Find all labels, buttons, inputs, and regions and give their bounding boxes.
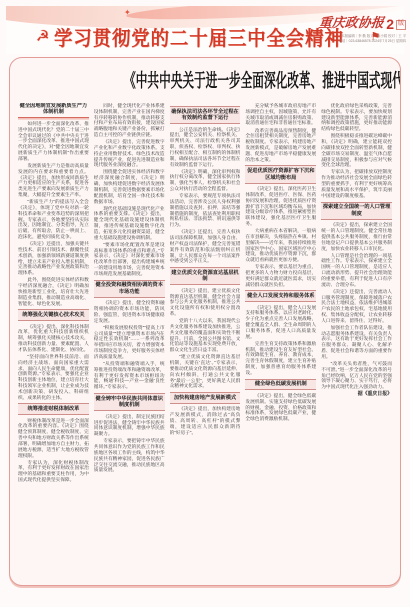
section-subheading: 促进优质医疗资源扩容下沉和区域均衡布局: [245, 165, 316, 183]
body-paragraph: “新质生产力”的提法写入全会《决定》，体现了党中央对新一轮科技革命和产业变革趋势…: [18, 199, 89, 240]
party-emblem-icon: ☭: [36, 29, 49, 44]
body-paragraph: 大病重病在本省解决，一般病在市县解决，头疼脑热在乡镇、村里解决——近年来，我国持…: [245, 228, 316, 263]
source-credit: 据《重庆日报》: [321, 392, 392, 398]
section-subheading: 健全铸牢中华民族共同体意识制度机制: [94, 393, 165, 411]
body-paragraph: 专家表示，要把铸牢中华民族共同体意识作为党的民族工作和民族地区各项工作的主线，构…: [94, 438, 165, 473]
body-paragraph: 《决定》提出，探索建立全国统一的人口管理制度。健全常住地提供基本公共服务制度，推…: [321, 222, 392, 251]
body-paragraph: “从投资端和融资端入手，统筹推进投资端改革和融资端改革，有利于更好发挥资本市场枢…: [94, 361, 165, 390]
section-subheading: 建立优质文化资源直达基层机制: [170, 267, 241, 285]
body-paragraph: 专家认为，深化财税体制改革，有利于更好发挥财政在国家治理中的基础和重要支柱作用，…: [18, 460, 89, 483]
body-paragraph: 《决定》还提出，加强关键共性技术、前沿引领技术、颠覆性技术创新，加强新领域新赛道…: [18, 241, 89, 276]
edition-number: 2: [386, 17, 394, 31]
body-paragraph: 《决定》提出，建立优质文化资源直达基层机制，健全社会力量参与公共文化服务机制，推…: [170, 288, 241, 317]
star-icon: ✦: [124, 8, 131, 17]
article-column: 同时，健全现代化产业体系建设体制机制，完善产业在国内梯度有序转移的协作机制，推动…: [94, 103, 165, 565]
article-column: 优化政府绿色采购政策，完善绿色税制。专家表示，要加快规划建设新型能源体系，完善新…: [321, 103, 392, 565]
body-paragraph: 完善生育支持政策体系和激励机制，推动建设生育友好型社会。有效降低生育、养育、教育…: [245, 341, 316, 376]
section-subheading: 健全人口发展支持和服务体系: [245, 290, 316, 302]
paper-name: 重庆政协报: [318, 12, 385, 31]
body-paragraph: 《决定》还提出，完善人权执法司法保障机制，加强人身自由、财产权益司法保护，健全完…: [170, 229, 241, 264]
body-paragraph: 现代化基础设施是现代化产业体系的重要支撑。《决定》提出，健全现代化基础设施建设体…: [94, 206, 165, 241]
edition-label: 版: [396, 20, 406, 30]
section-subheading: 健全投资和融资相协调的资本市场功能: [94, 280, 165, 298]
body-paragraph: 财税体制改革是进一步全面深化改革的重要内容。《决定》围绕健全预算制度、健全税收制…: [18, 418, 89, 459]
body-paragraph: “积极发展股权投资”“提高上市公司质量”“建立增强资本市场内在稳定性长效机制”……: [94, 325, 165, 360]
body-paragraph: 此外，围绕促进实体经济和数字经济深度融合，《决定》明确加快推进新型工业化，培育壮…: [18, 277, 89, 306]
section-subheading: 探索建立全国统一的人口管理制度: [321, 202, 392, 220]
body-paragraph: 《决定》提出，完善促进数字产业化和产业数字化政策体系。支持企业用数智技术、绿色技…: [94, 139, 165, 168]
body-paragraph: 围绕健全促进实体经济和数字经济深度融合制度，《决定》明确，加快构建促进数字经济发…: [94, 169, 165, 204]
article-column: 充分赋予各城市政府房地产市场调控自主权，因城施策，允许有关城市取消或调减住房限购…: [245, 103, 316, 565]
body-paragraph: 发展新质生产力是推动高质量发展的内在要求和重要着力点。《决定》提出，加快形成同新…: [18, 163, 89, 198]
article-column: 健全因地制宜发展新质生产力体制机制如何进一步全面深化改革、推进中国式现代化？党的…: [18, 103, 89, 565]
body-paragraph: “建立优质文化资源直达基层机制，关键在‘直达’。”专家表示，要推动优质文化资源向…: [170, 354, 241, 389]
body-paragraph: 公正是法治的生命线。《决定》提出，健全公安机关、检察机关、审判机关、司法行政机关…: [170, 127, 241, 168]
body-paragraph: 专家表示，要以基层为重点，把更多的人力物力财力投向基层，更好满足群众就近就医需求…: [245, 264, 316, 287]
body-paragraph: 《决定》明确，深化审判权和执行权分离改革，健全国家执行体制，强化当事人、检察机关…: [170, 169, 241, 192]
section-subheading: 统筹强化关键核心技术攻关: [18, 309, 89, 321]
body-paragraph: 党的十八大以来，我国现代公共文化服务体系建设加快推进，公共文化服务的覆盖面和实效…: [170, 318, 241, 353]
article-columns: 健全因地制宜发展新质生产力体制机制如何进一步全面深化改革、推进中国式现代化？党的…: [18, 103, 392, 565]
body-paragraph: 《决定》提出，深化科技体制改革，优化重大科技创新组织机制，统筹强化关键核心技术攻…: [18, 324, 89, 353]
body-paragraph: 如何进一步全面深化改革、推进中国式现代化？党的二十届三中全会审议通过的《中共中央…: [18, 121, 89, 162]
body-paragraph: 同时，健全现代化产业体系建设体制机制，完善产业在国内梯度有序转移的协作机制，推动…: [94, 103, 165, 138]
body-paragraph: 《决定》提出，健全投资和融资相协调的资本市场功能，防风险、强监管，促进资本市场健…: [94, 300, 165, 323]
main-headline: 《中共中央关于进一步全面深化改革、推进中国式现代化的决定》解读: [124, 67, 401, 93]
body-paragraph: 围绕积极稳妥推进碳达峰碳中和，《决定》明确，建立能耗双控向碳排放双控全面转型新机…: [321, 133, 392, 168]
body-paragraph: 专家表示，要规范专项执法司法活动，完善涉及公民人身权利强制措施以及查封、扣押、冻…: [170, 193, 241, 228]
newspaper-page: { "banner": { "slogan": "学习贯彻党的二十届三中全会精神…: [0, 0, 410, 607]
section-subheading: 健全绿色低碳发展机制: [245, 379, 316, 391]
section-subheading: 健全因地制宜发展新质生产力体制机制: [18, 103, 89, 118]
section-subheading: 确保执法司法各环节全过程在有效制约监督下运行: [170, 106, 241, 124]
body-paragraph: “坚持面向世界科技前沿、面向经济主战场、面向国家重大需求、面向人民生命健康，优化…: [18, 354, 89, 401]
body-paragraph: 《决定》提出，制定民族团结进步促进法，健全铸牢中华民族共同体意识制度机制，增强中…: [94, 414, 165, 437]
article-box: 《中共中央关于进一步全面深化改革、推进中国式现代化的决定》解读 健全因地制宜发展…: [9, 57, 401, 586]
body-paragraph: 充分赋予各城市政府房地产市场调控自主权，因城施策，允许有关城市取消或调减住房限购…: [245, 103, 316, 126]
body-paragraph: 《决定》提出，加快构建房地产发展新模式，消除过去“高负债、高周转、高杠杆”的模式…: [170, 406, 241, 435]
body-paragraph: 《决定》提出，健全人口发展支持和服务体系。以应对老龄化、少子化为重点完善人口发展…: [245, 305, 316, 340]
body-paragraph: 《决定》提出，健全绿色低碳发展机制。实施支持绿色低碳发展的财税、金融、投资、价格…: [245, 393, 316, 422]
body-paragraph: “要素市场化配置改革是建设高标准市场体系的重点和难点。”专家表示，《决定》对深化…: [94, 242, 165, 277]
body-paragraph: 优化政府绿色采购政策，完善绿色税制。专家表示，要加快规划建设新型能源体系，完善新…: [321, 103, 392, 132]
section-subheading: 统筹推进财税体制改革: [18, 403, 89, 415]
body-paragraph: 人口管理是社会治理的一项基础性工作。专家表示，探索建立全国统一的人口管理制度，是…: [321, 253, 392, 288]
article-column: 确保执法司法各环节全过程在有效制约监督下运行公正是法治的生命线。《决定》提出，健…: [170, 103, 241, 565]
body-paragraph: 《决定》提出，深化医药卫生体制改革，促进医疗、医保、医药协同发展和治理，促进优质…: [245, 186, 316, 227]
masthead-date-line: 电话｜023-63846578 2024年7月25日 星期四: [294, 39, 406, 44]
body-paragraph: 改革完善商品房预售制度，健全住房租赁相关制度，完善房地产税收制度。专家表示，构建…: [245, 128, 316, 163]
body-paragraph: 《决定》还提出，完善流动人口服务管理制度，保障进城落户农民合法土地权益，依法维护…: [321, 289, 392, 324]
body-paragraph: 加强社会工作者队伍建设，推动志愿服务体系建设。有关负责人表示，这有助于更好发挥社…: [321, 325, 392, 360]
section-subheading: 加快构建房地产发展新模式: [170, 392, 241, 404]
body-paragraph: 专家认为，把碳排放双控制度作为推动经济社会发展全面绿色转型的重要抓手，有利于更好…: [321, 169, 392, 198]
masthead: 重庆政协报 2 版 本版编辑｜李 勤 版式｜陈小娟 校对｜王 平 电话｜023-…: [294, 12, 406, 44]
body-paragraph: “改革关头勇者胜，气可鼓而不可泄。”进一步全面深化改革的号角已经吹响，亿万人民在…: [321, 361, 392, 390]
